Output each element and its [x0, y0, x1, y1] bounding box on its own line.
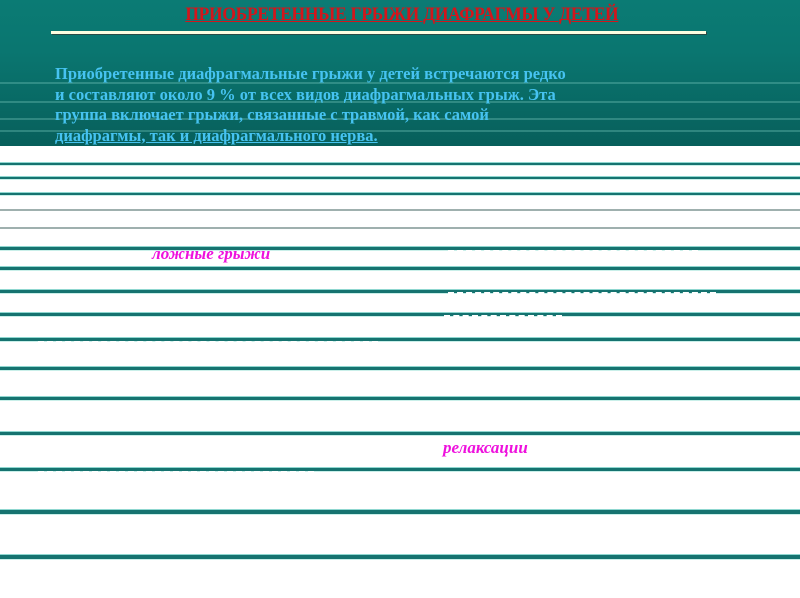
- intro-line: диафрагмы, так и диафрагмального нерва.: [55, 126, 775, 147]
- rule-line: [0, 176, 800, 180]
- intro-paragraph: Приобретенные диафрагмальные грыжи у дет…: [55, 64, 775, 146]
- highlight-relaxation: релаксации: [443, 438, 528, 458]
- highlight-false-hernias: ложные грыжи: [152, 244, 270, 264]
- rule-line: [0, 509, 800, 515]
- intro-line: и составляют около 9 % от всех видов диа…: [55, 85, 775, 106]
- hidden-text-fragment: [52, 218, 282, 234]
- rule-line: [0, 162, 800, 166]
- hidden-text-fragment: [38, 463, 314, 474]
- intro-line: группа включает грыжи, связанные с травм…: [55, 105, 775, 126]
- hidden-text-fragment: [444, 307, 562, 318]
- hidden-text-fragment: [446, 393, 756, 404]
- title-underline: [51, 31, 706, 34]
- rule-line: [0, 312, 800, 317]
- hidden-text-fragment: [448, 240, 698, 253]
- rule-line: [0, 192, 800, 196]
- rule-line: [0, 431, 800, 436]
- rule-line: [0, 209, 800, 211]
- hidden-text-fragment: [446, 363, 772, 374]
- intro-line: Приобретенные диафрагмальные грыжи у дет…: [55, 64, 775, 85]
- rule-line: [0, 266, 800, 271]
- slide-title: ПРИОБРЕТЕННЫЕ ГРЫЖИ ДИАФРАГМЫ У ДЕТЕЙ: [32, 4, 768, 26]
- rule-line: [0, 554, 800, 560]
- hidden-text-fragment: [448, 284, 716, 295]
- hidden-text-fragment: [446, 334, 752, 345]
- hidden-text-fragment: [38, 333, 378, 344]
- intro-line-underlined: диафрагмы, так и диафрагмального нерва.: [55, 126, 378, 145]
